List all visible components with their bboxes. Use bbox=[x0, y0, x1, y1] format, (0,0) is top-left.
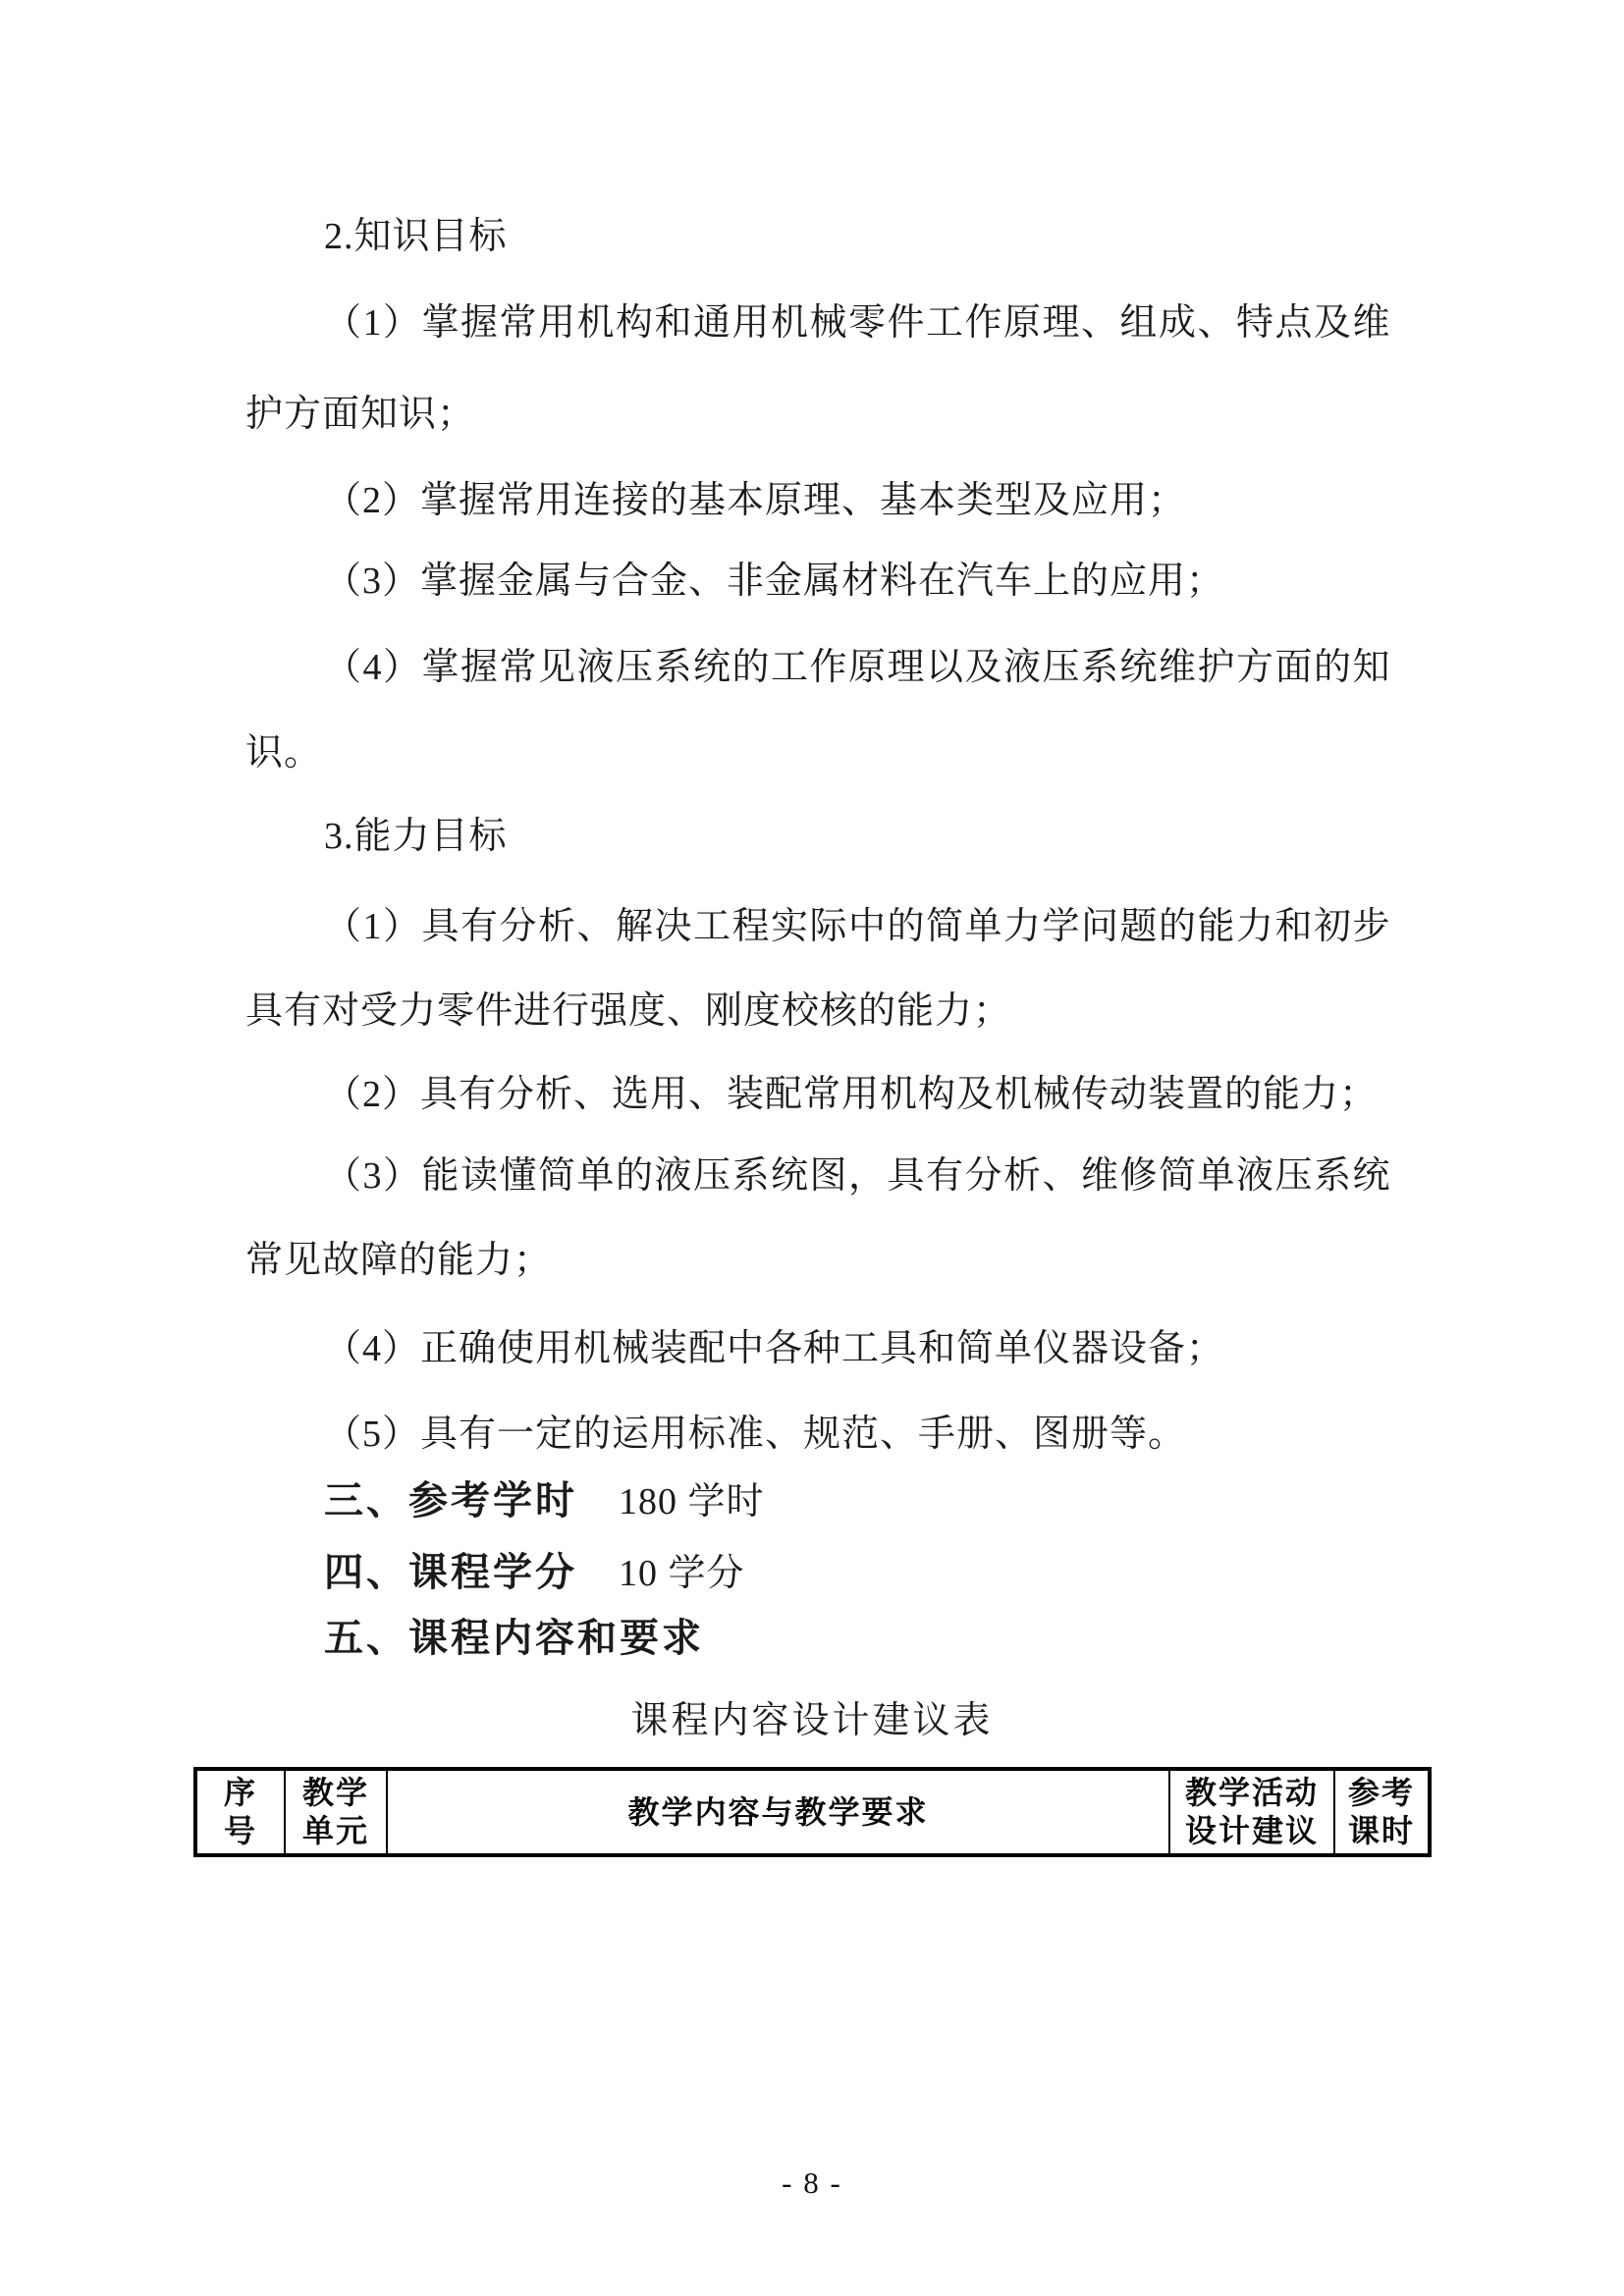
ability-item-2: （2）具有分析、选用、装配常用机构及机械传动装置的能力； bbox=[324, 1074, 1378, 1115]
content-requirements-line: 五、课程内容和要求 bbox=[324, 1618, 704, 1660]
table-header-hours-line2: 课时 bbox=[1348, 1812, 1415, 1850]
knowledge-item-1-line-1: （1）掌握常用机构和通用机械零件工作原理、组成、特点及维 bbox=[324, 302, 1391, 344]
table-header-seq-line2: 号 bbox=[224, 1812, 257, 1850]
table-header-content: 教学内容与教学要求 bbox=[388, 1771, 1170, 1853]
ability-item-3-line-2: 常见故障的能力； bbox=[245, 1240, 552, 1281]
ability-item-4: （4）正确使用机械装配中各种工具和简单仪器设备； bbox=[324, 1328, 1224, 1369]
content-requirements-heading: 五、课程内容和要求 bbox=[324, 1617, 704, 1660]
table-header-activity-line1: 教学活动 bbox=[1185, 1774, 1319, 1812]
knowledge-item-2: （2）掌握常用连接的基本原理、基本类型及应用； bbox=[324, 480, 1186, 521]
knowledge-objectives-heading: 2.知识目标 bbox=[324, 216, 508, 257]
ability-item-1-line-1: （1）具有分析、解决工程实际中的简单力学问题的能力和初步 bbox=[324, 906, 1391, 947]
ability-item-1-line-2: 具有对受力零件进行强度、刚度校核的能力； bbox=[245, 990, 1011, 1032]
knowledge-item-4-line-2: 识。 bbox=[245, 732, 322, 774]
table-header-hours: 参考 课时 bbox=[1335, 1771, 1428, 1853]
table-header-activity: 教学活动 设计建议 bbox=[1170, 1771, 1335, 1853]
table-header-seq: 序 号 bbox=[197, 1771, 286, 1853]
course-design-table: 序 号 教学 单元 教学内容与教学要求 教学活动 设计建议 参考 课时 bbox=[193, 1767, 1432, 1857]
course-credits-heading: 四、课程学分 bbox=[324, 1551, 577, 1594]
knowledge-item-3: （3）掌握金属与合金、非金属材料在汽车上的应用； bbox=[324, 561, 1224, 602]
reference-hours-value: 180 学时 bbox=[619, 1481, 765, 1522]
table-header-unit-line1: 教学 bbox=[302, 1774, 369, 1812]
ability-item-3-line-1: （3）能读懂简单的液压系统图，具有分析、维修简单液压系统 bbox=[324, 1155, 1391, 1197]
knowledge-item-4-line-1: （4）掌握常见液压系统的工作原理以及液压系统维护方面的知 bbox=[324, 647, 1391, 688]
table-header-activity-line2: 设计建议 bbox=[1185, 1812, 1319, 1850]
page-number: - 8 - bbox=[0, 2165, 1624, 2201]
table-header-content-label: 教学内容与教学要求 bbox=[627, 1793, 928, 1832]
ability-item-5: （5）具有一定的运用标准、规范、手册、图册等。 bbox=[324, 1414, 1186, 1455]
reference-hours-line: 三、参考学时180 学时 bbox=[324, 1480, 765, 1522]
document-page: 2.知识目标 （1）掌握常用机构和通用机械零件工作原理、组成、特点及维 护方面知… bbox=[0, 0, 1624, 2296]
table-header-hours-line1: 参考 bbox=[1348, 1774, 1415, 1812]
table-header-unit: 教学 单元 bbox=[286, 1771, 388, 1853]
reference-hours-heading: 三、参考学时 bbox=[324, 1479, 577, 1522]
table-header-unit-line2: 单元 bbox=[302, 1812, 369, 1850]
course-credits-line: 四、课程学分10 学分 bbox=[324, 1552, 745, 1594]
table-header-seq-line1: 序 bbox=[224, 1774, 257, 1812]
course-credits-value: 10 学分 bbox=[619, 1553, 745, 1594]
ability-objectives-heading: 3.能力目标 bbox=[324, 816, 508, 857]
knowledge-item-1-line-2: 护方面知识； bbox=[245, 394, 475, 435]
course-design-table-title: 课程内容设计建议表 bbox=[0, 1700, 1624, 1741]
